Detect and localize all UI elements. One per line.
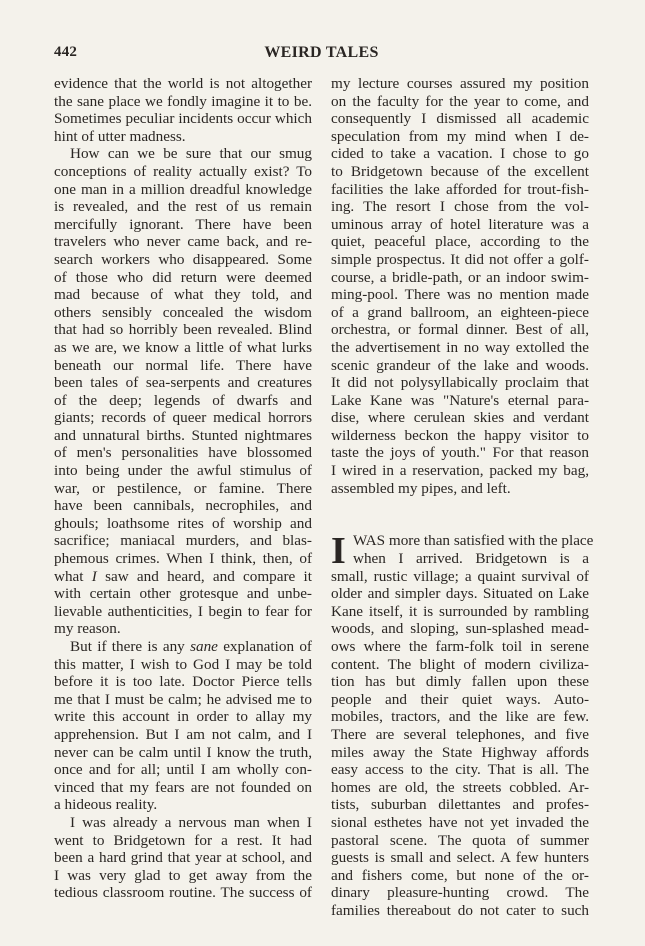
text-line: and fishers come, but none of the or- [331, 867, 589, 885]
magazine-title: WEIRD TALES [54, 44, 589, 62]
text-line: vinced that my fears are not founded on [54, 779, 312, 797]
magazine-page: 442 WEIRD TALES evidence that the world … [0, 0, 645, 946]
right-column-part-1: my lecture courses assured my positionon… [331, 75, 589, 497]
text-line: taste the joys of youth." For that reaso… [331, 444, 589, 462]
text-line: tedious classroom routine. The success o… [54, 884, 312, 902]
text-line: never can be calm until I know the truth… [54, 744, 312, 762]
text-line: homes are old, the streets cobbled. Ar- [331, 779, 589, 797]
text-line: ming-pool. There was no mention made [331, 286, 589, 304]
drop-cap: I [331, 534, 346, 568]
text-line: lievable authenticities, I begin to fear… [54, 603, 312, 621]
text-line: content. The blight of modern civiliza- [331, 656, 589, 674]
text-line: quiet, peaceful place, according to the [331, 233, 589, 251]
text-line: Sometimes peculiar incidents occur which [54, 110, 312, 128]
text-line: war, or pestilence, or famine. There [54, 480, 312, 498]
text-line: others sensibly concealed the wisdom [54, 304, 312, 322]
text-line: went to Bridgetown for a rest. It had [54, 832, 312, 850]
text-line: evidence that the world is not altogethe… [54, 75, 312, 93]
text-line: my reason. [54, 620, 312, 638]
text-line: Lake Kane was "Nature's eternal para- [331, 392, 589, 410]
small-caps-word: WAS [353, 532, 385, 549]
text-line: pastoral scene. The quota of summer [331, 832, 589, 850]
text-line: what I saw and heard, and compare it [54, 568, 312, 586]
text-line: families thereabout do not cater to such [331, 902, 589, 920]
text-line: with certain other grotesque and unbe- [54, 585, 312, 603]
text-line: easy access to the city. That is all. Th… [331, 761, 589, 779]
text-line: this matter, I wish to God I may be told [54, 656, 312, 674]
text-line: scenic grandeur of the lake and woods. [331, 357, 589, 375]
text-line: before it is too late. Doctor Pierce tel… [54, 673, 312, 691]
text-line: of a grand ballroom, an eighteen-piece [331, 304, 589, 322]
text-line: once and for all; until I am wholly con- [54, 761, 312, 779]
text-line: older and simpler days. Situated on Lake [331, 585, 589, 603]
text-line: to Bridgetown because of the excellent [331, 163, 589, 181]
text-line: search workers who disappeared. Some [54, 251, 312, 269]
left-column: evidence that the world is not altogethe… [54, 75, 312, 902]
text-line: woods, and sloping, sun-splashed mead- [331, 620, 589, 638]
text-line: sional esthetes have not yet invaded the [331, 814, 589, 832]
right-column: my lecture courses assured my positionon… [331, 75, 589, 920]
text-line: people and their quiet ways. Auto- [331, 691, 589, 709]
running-head: 442 WEIRD TALES [54, 44, 589, 66]
text-line: mobiles, tractors, and the like are few. [331, 708, 589, 726]
text-line: facilities the lake afforded for trout-f… [331, 181, 589, 199]
text-line: hint of utter madness. [54, 128, 312, 146]
text-line: Kane itself, it is surrounded by ramblin… [331, 603, 589, 621]
text-line: tion has but dimly fallen upon these [331, 673, 589, 691]
text-line: mercifully ignorant. There have been [54, 216, 312, 234]
text-line: on the faculty for the year to come, and [331, 93, 589, 111]
text-line: I was already a nervous man when I [54, 814, 312, 832]
text-line: guests is small and select. A few hunter… [331, 849, 589, 867]
text-line: WAS more than satisfied with the place [331, 532, 589, 550]
text-line: simple prospectus. It did not offer a go… [331, 251, 589, 269]
text-line: wilderness beckon the happy visitor to [331, 427, 589, 445]
text-line: course, a bridle-path, or an indoor swim… [331, 269, 589, 287]
text-line: been a hard grind that year at school, a… [54, 849, 312, 867]
text-line: one man in a million dreadful knowledge [54, 181, 312, 199]
text-line: the sane place we fondly imagine it to b… [54, 93, 312, 111]
text-line: mad because of what they told, and [54, 286, 312, 304]
text-line: have been cannibals, necrophiles, and [54, 497, 312, 515]
text-line: There are several telephones, and five [331, 726, 589, 744]
text-line: phemous crimes. When I think, then, of [54, 550, 312, 568]
text-line: uminous array of hotel literature was a [331, 216, 589, 234]
text-line: beneath our normal life. There have [54, 357, 312, 375]
text-line: small, rustic village; a quaint survival… [331, 568, 589, 586]
text-line: dinary pleasure-hunting crowd. The [331, 884, 589, 902]
text-line: apprehension. But I am not calm, and I [54, 726, 312, 744]
text-line: as we are, we know a little of what lurk… [54, 339, 312, 357]
text-line: cided to take a vacation. I chose to go [331, 145, 589, 163]
section-break [331, 515, 589, 533]
text-line: the advertisement in no way extolled the [331, 339, 589, 357]
text-line: ghouls; loathsome rites of worship and [54, 515, 312, 533]
text-line: I was very glad to get away from the [54, 867, 312, 885]
text-line: is revealed, and the rest of us remain [54, 198, 312, 216]
text-line: of those who did return were deemed [54, 269, 312, 287]
text-line: But if there is any sane explanation of [54, 638, 312, 656]
text-line: travelers who never came back, and re- [54, 233, 312, 251]
section-opening: I WAS more than satisfied with the place… [331, 532, 589, 567]
text-line: conceptions of reality actually exist? T… [54, 163, 312, 181]
text-line: I wired in a reservation, packed my bag, [331, 462, 589, 480]
text-line: speculation from my mind when I de- [331, 128, 589, 146]
text-line: been tales of sea-serpents and creatures [54, 374, 312, 392]
text-line: of the deep; legends of dwarfs and [54, 392, 312, 410]
text-line: orchestra, or formal dinner. Best of all… [331, 321, 589, 339]
text-line: of men's personalities have blossomed [54, 444, 312, 462]
italic-emphasis: sane [190, 638, 218, 655]
text-line: giants; records of queer medical horrors [54, 409, 312, 427]
text-line: dise, where cerulean skies and verdant [331, 409, 589, 427]
text-line: assembled my pipes, and left. [331, 480, 589, 498]
text-line: write this account in order to allay my [54, 708, 312, 726]
text-line: It did not polysyllabically proclaim tha… [331, 374, 589, 392]
text-line: that had so horribly been revealed. Blin… [54, 321, 312, 339]
text-line: into being under the awful stimulus of [54, 462, 312, 480]
right-column-part-2: small, rustic village; a quaint survival… [331, 568, 589, 920]
text-line: my lecture courses assured my position [331, 75, 589, 93]
text-line: ows where the farm-folk toil in serene [331, 638, 589, 656]
text-line: a hideous reality. [54, 796, 312, 814]
text-line: and unnatural births. Stunted nightmares [54, 427, 312, 445]
text-line: sacrifice; maniacal murders, and blas- [54, 532, 312, 550]
text-line: How can we be sure that our smug [54, 145, 312, 163]
text-line: miles away the State Highway affords [331, 744, 589, 762]
text-line: when I arrived. Bridgetown is a [331, 550, 589, 568]
text-line: ing. The resort I chose from the vol- [331, 198, 589, 216]
text-line: me that I must be calm; he advised me to [54, 691, 312, 709]
text-line: consequently I dismissed all academic [331, 110, 589, 128]
section-break [331, 497, 589, 515]
text-line: tists, suburban dilettantes and profes- [331, 796, 589, 814]
